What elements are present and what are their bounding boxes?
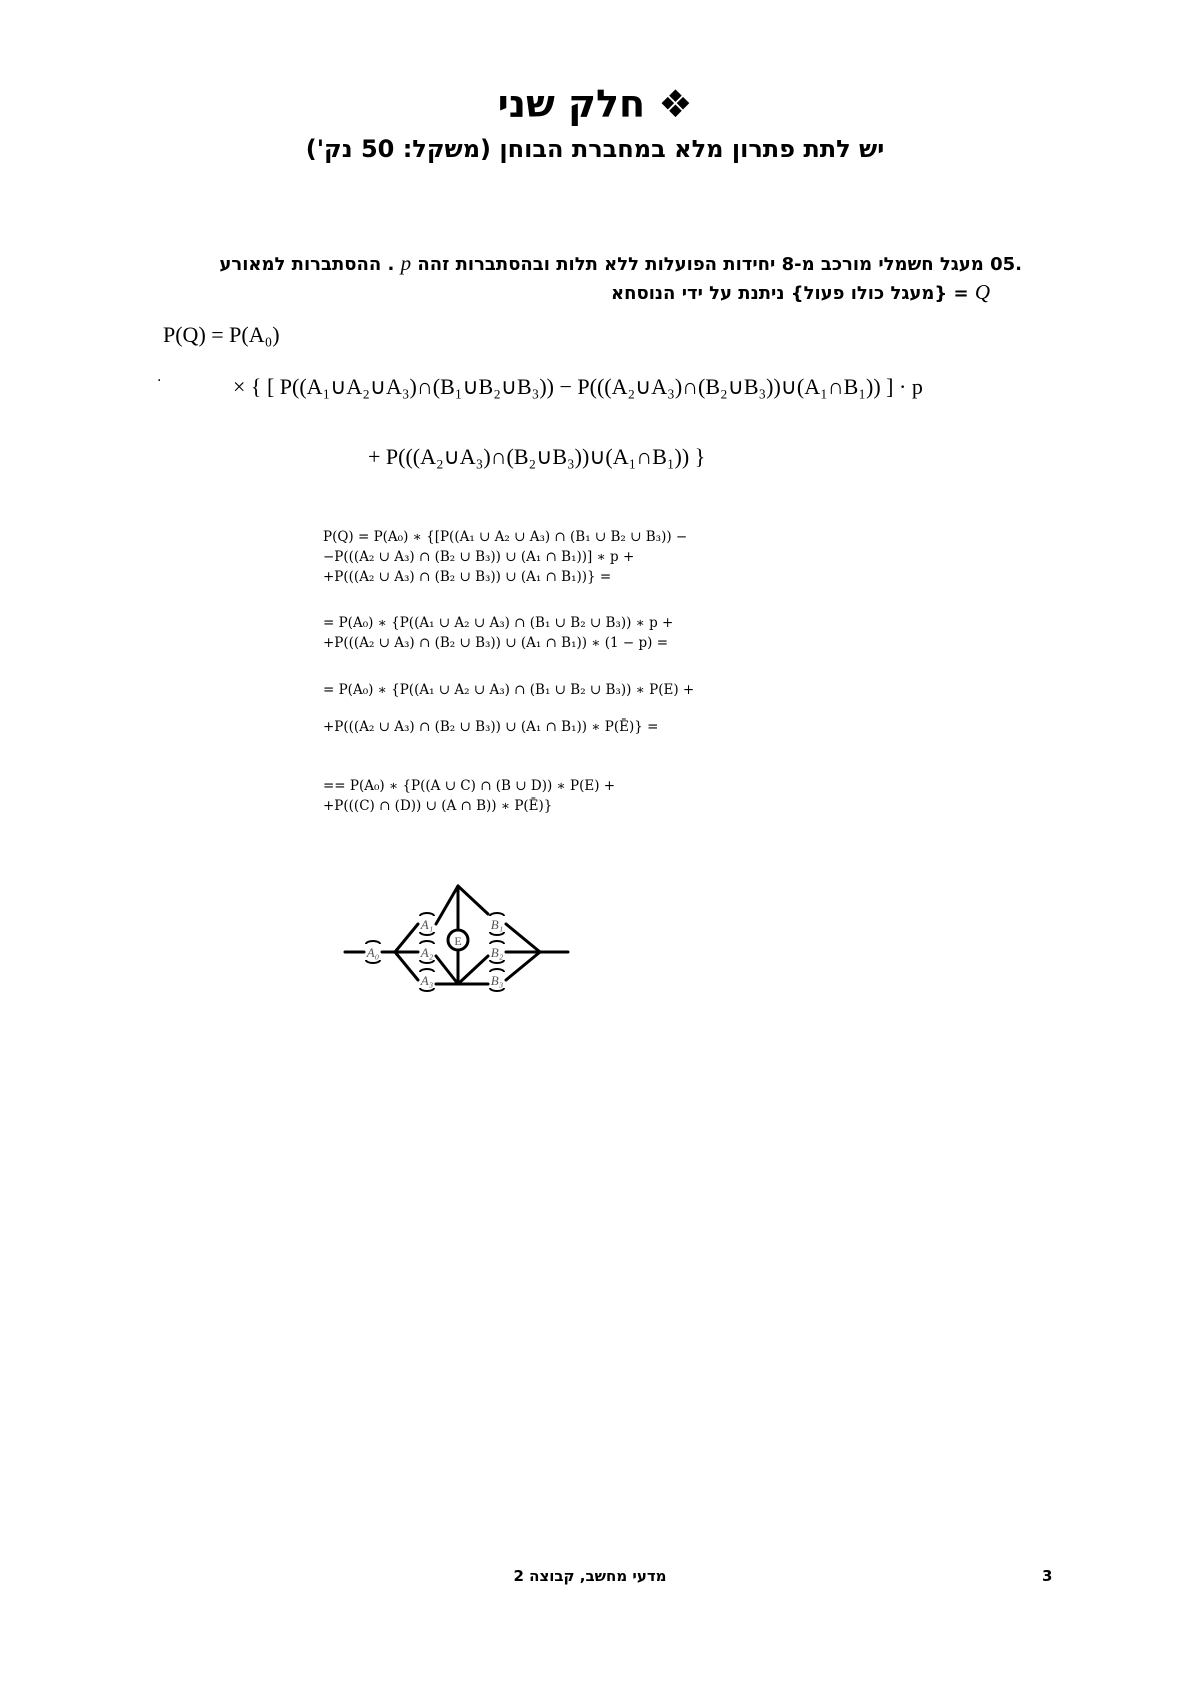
derivation-line: == P(A₀) ∗ {P((A ∪ C) ∩ (B ∪ D)) ∗ P(E) … <box>323 776 615 796</box>
label-b2: B₂ <box>491 945 504 960</box>
page-number: 3 <box>1042 1566 1052 1586</box>
label-a0: A₀ <box>366 945 379 960</box>
derivation-line: = P(A₀) ∗ {P((A₁ ∪ A₂ ∪ A₃) ∩ (B₁ ∪ B₂ ∪… <box>323 613 673 633</box>
derivation-line: = P(A₀) ∗ {P((A₁ ∪ A₂ ∪ A₃) ∩ (B₁ ∪ B₂ ∪… <box>323 680 694 700</box>
question-number: .05 <box>990 254 1022 275</box>
question-line-1: .05 מעגל חשמלי מורכב מ-8 יחידות הפועלות … <box>219 251 1022 277</box>
derivation-line: P(Q) = P(A₀) ∗ {[P((A₁ ∪ A₂ ∪ A₃) ∩ (B₁ … <box>323 527 687 547</box>
stray-dot: · <box>157 373 161 389</box>
derivation-line: +P(((A₂ ∪ A₃) ∩ (B₂ ∪ B₃)) ∪ (A₁ ∩ B₁)) … <box>323 633 668 653</box>
var-q: Q <box>975 280 990 304</box>
question-text-end: . ההסתברות למאורע <box>219 254 394 275</box>
footer-title: מדעי מחשב, קבוצה 2 <box>500 1566 680 1586</box>
derivation-line: −P(((A₂ ∪ A₃) ∩ (B₂ ∪ B₃)) ∪ (A₁ ∩ B₁))]… <box>323 547 634 567</box>
label-a3: A₃ <box>420 973 433 988</box>
label-a2: A₂ <box>420 945 434 960</box>
derivation-line: +P(((C) ∩ (D)) ∪ (A ∩ B)) ∗ P(Ē)} <box>323 796 552 816</box>
label-a1: A₁ <box>420 917 433 932</box>
label-b1: B₁ <box>491 917 503 932</box>
formula-line-1: × { [ P((A₁∪A₂∪A₃)∩(B₁∪B₂∪B₃)) − P(((A₂∪… <box>233 374 923 400</box>
formula-line-0: P(Q) = P(A₀) <box>163 322 280 348</box>
label-b3: B₃ <box>491 973 503 988</box>
formula-line-2: + P(((A₂∪A₃)∩(B₂∪B₃))∪(A₁∩B₁)) } <box>368 444 705 470</box>
question-text: מעגל חשמלי מורכב מ-8 יחידות הפועלות ללא … <box>417 254 983 275</box>
var-p: p <box>401 251 412 275</box>
instruction-subtitle: יש לתת פתרון מלא במחברת הבוחן (משקל: 50 … <box>0 134 1190 164</box>
derivation-line: +P(((A₂ ∪ A₃) ∩ (B₂ ∪ B₃)) ∪ (A₁ ∩ B₁))}… <box>323 567 611 587</box>
label-e: E <box>454 934 461 948</box>
section-title: ❖ חלק שני <box>0 82 1190 126</box>
circuit-diagram: A₀ A₁ A₂ A₃ B₁ B₂ B₃ E <box>340 880 580 1010</box>
question-line-2: Q = {מעגל כולו פעול} ניתנת על ידי הנוסחא <box>611 280 990 306</box>
derivation-line: +P(((A₂ ∪ A₃) ∩ (B₂ ∪ B₃)) ∪ (A₁ ∩ B₁)) … <box>323 717 658 737</box>
question-text-2: = {מעגל כולו פעול} ניתנת על ידי הנוסחא <box>611 283 969 304</box>
